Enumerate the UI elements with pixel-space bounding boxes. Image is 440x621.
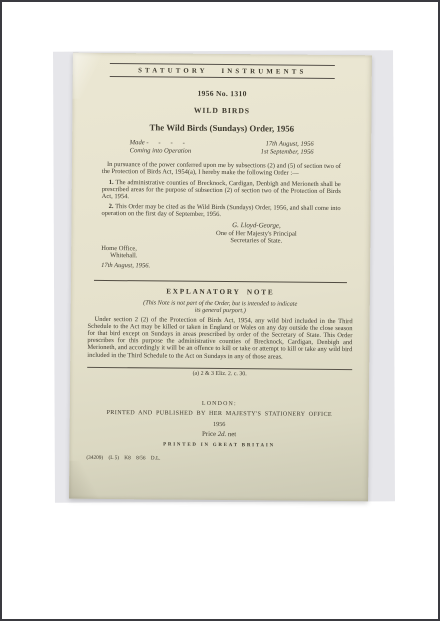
document-page: STATUTORY INSTRUMENTS 1956 No. 1310 WILD…: [69, 53, 372, 502]
order-body: In pursuance of the power conferred upon…: [101, 161, 341, 271]
imprint-year: 1956: [87, 420, 352, 429]
operation-label: Coming into Operation: [130, 147, 192, 155]
subject-heading: WILD BIRDS: [89, 105, 354, 116]
place-line: Whitehall.: [110, 252, 340, 261]
operation-row: Coming into Operation 1st September, 195…: [130, 147, 314, 157]
article-1: 1. The administrative counties of Breckn…: [102, 178, 341, 201]
print-code: (34209) (L 5) K8 8/56 D.L.: [86, 455, 351, 463]
explanatory-note-heading: EXPLANATORY NOTE: [88, 287, 353, 297]
dates-table: Made - - - - 17th August, 1956 Coming in…: [130, 139, 314, 156]
article-1-number: 1.: [109, 179, 114, 186]
imprint-city: LONDON:: [87, 400, 352, 408]
series-heading-band: STATUTORY INSTRUMENTS: [110, 63, 335, 79]
footnote-citation: (a) 2 & 3 Eliz. 2. c. 30.: [87, 370, 352, 378]
screenshot-frame: STATUTORY INSTRUMENTS 1956 No. 1310 WILD…: [0, 0, 440, 621]
article-2-text: This Order may be cited as the Wild Bird…: [102, 203, 341, 218]
article-2-number: 2.: [109, 203, 114, 210]
footnote-rule: [87, 366, 352, 369]
dateline-block: Home Office, Whitehall. 17th August, 195…: [101, 245, 340, 271]
order-title: The Wild Birds (Sundays) Order, 1956: [89, 122, 354, 134]
series-title: STATUTORY INSTRUMENTS: [110, 67, 335, 76]
operation-date: 1st September, 1956: [261, 148, 314, 156]
section-divider-rule: [94, 280, 347, 283]
imprint-price: Price 2d. net: [87, 430, 352, 439]
price-prefix: Price: [202, 431, 218, 438]
price-suffix: net: [226, 431, 236, 438]
article-2: 2. This Order may be cited as the Wild B…: [102, 203, 341, 219]
signature-block: G. Lloyd-George, One of Her Majesty's Pr…: [180, 222, 332, 246]
note-parenthetical: (This Note is not part of the Order, but…: [88, 299, 353, 315]
instrument-number: 1956 No. 1310: [90, 88, 355, 99]
imprint-publisher: PRINTED AND PUBLISHED BY HER MAJESTY'S S…: [87, 410, 352, 418]
imprint-printed-in: PRINTED IN GREAT BRITAIN: [87, 442, 352, 449]
explanatory-note-body: Under section 2 (2) of the Protection of…: [87, 316, 352, 361]
signatory-title-line-2: Secretaries of State.: [180, 237, 332, 246]
imprint-block: LONDON: PRINTED AND PUBLISHED BY HER MAJ…: [87, 400, 352, 449]
paper-fold-bottom-left: [69, 461, 103, 499]
date-line: 17th August, 1956.: [101, 262, 340, 271]
article-1-text: The administrative counties of Brecknock…: [102, 179, 341, 200]
price-value: 2d.: [218, 431, 227, 438]
note-parenthetical-line-2: its general purport.): [88, 306, 353, 315]
preamble-paragraph: In pursuance of the power conferred upon…: [102, 161, 341, 177]
